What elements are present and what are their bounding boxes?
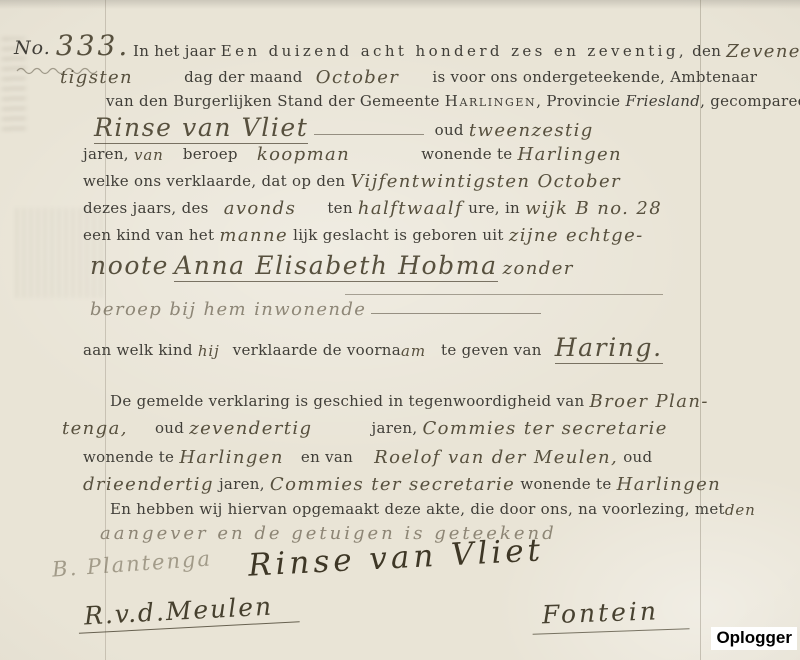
handwritten-text: beroep bij hem inwonende bbox=[90, 299, 366, 320]
printed-text: jaren, bbox=[83, 145, 129, 163]
printed-text: van den Burgerlijken Stand der Gemeente bbox=[106, 92, 440, 110]
printed-text: oud bbox=[155, 419, 184, 437]
handwritten-day: Zevenentwin- bbox=[726, 41, 800, 62]
printed-text: ten bbox=[327, 199, 352, 217]
handwritten-text: den bbox=[725, 501, 756, 519]
handwritten-witness1-name: Broer Plan- bbox=[590, 391, 709, 412]
signature-witness1: B. Plantenga bbox=[51, 546, 212, 581]
act-number-label: No. bbox=[14, 37, 51, 59]
handwritten-child-name: Haring. bbox=[555, 333, 663, 364]
printed-text: Een duizend acht honderd zes en zeventig… bbox=[221, 42, 687, 60]
handwritten-month: October bbox=[316, 67, 400, 88]
blank-line-filler bbox=[345, 294, 663, 295]
act-line-2: tigsten dag der maand October is voor on… bbox=[60, 66, 757, 87]
handwritten-mother-name: Anna Elisabeth Hobma bbox=[174, 251, 497, 282]
signature-registrar: Fontein bbox=[531, 595, 689, 634]
birth-certificate-scan: No. 333. In het jaar Een duizend acht ho… bbox=[0, 0, 800, 660]
printed-text: oud bbox=[623, 448, 652, 466]
printed-text: In het jaar bbox=[133, 42, 216, 60]
printed-municipality: Harlingen bbox=[445, 92, 536, 110]
printed-text: verklaarde de voorna bbox=[233, 341, 401, 359]
printed-text: wonende te bbox=[83, 448, 174, 466]
printed-text: , Provincie bbox=[536, 92, 620, 110]
act-line-9: noote Anna Elisabeth Hobma zonder bbox=[90, 250, 574, 279]
act-line-7: dezes jaars, des avonds ten halftwaalf u… bbox=[83, 197, 662, 218]
handwritten-witness1-cont: tenga, bbox=[62, 418, 128, 439]
handwritten-text: zonder bbox=[503, 258, 574, 279]
handwritten-birthdate: Vijfentwintigsten October bbox=[350, 171, 621, 192]
handwritten-declarant-name: Rinse van Vliet bbox=[94, 113, 308, 144]
act-line-8: een kind van het manne lijk geslacht is … bbox=[83, 224, 644, 245]
act-line-1: In het jaar Een duizend acht honderd zes… bbox=[133, 40, 800, 61]
printed-text: te geven van bbox=[441, 341, 542, 359]
handwritten-witness2-name: Roelof van der Meulen, bbox=[374, 447, 618, 468]
act-line-6: welke ons verklaarde, dat op den Vijfent… bbox=[83, 170, 621, 191]
printed-text: wonende te bbox=[421, 145, 512, 163]
handwritten-age: tweenzestig bbox=[469, 120, 594, 141]
act-line-3: van den Burgerlijken Stand der Gemeente … bbox=[106, 92, 800, 110]
handwritten-text: am bbox=[401, 342, 426, 360]
handwritten-daypart: avonds bbox=[224, 198, 297, 219]
printed-text: ure, in bbox=[468, 199, 520, 217]
handwritten-gender: manne bbox=[219, 225, 288, 246]
printed-text: dag der maand bbox=[184, 68, 303, 86]
handwritten-occupation: koopman bbox=[257, 144, 350, 165]
handwritten-witness1-occupation: Commies ter secretarie bbox=[423, 418, 668, 439]
handwritten-text: van bbox=[134, 146, 164, 164]
printed-text: lijk geslacht is geboren uit bbox=[293, 226, 504, 244]
act-line-11: aan welk kind hij verklaarde de voornaam… bbox=[83, 332, 663, 361]
handwritten-hour: halftwaalf bbox=[358, 198, 463, 219]
handwritten-day-cont: tigsten bbox=[60, 67, 133, 88]
handwritten-text: zijne echtge- bbox=[509, 225, 644, 246]
printed-province: Friesland bbox=[625, 92, 700, 110]
printed-text: En hebben wij hiervan opgemaakt deze akt… bbox=[110, 500, 725, 518]
handwritten-residence: Harlingen bbox=[179, 447, 284, 468]
act-line-5: jaren, van beroep koopman wonende te Har… bbox=[83, 143, 622, 164]
printed-text: aan welk kind bbox=[83, 341, 193, 359]
printed-text: De gemelde verklaring is geschied in teg… bbox=[110, 392, 584, 410]
blank-line-filler bbox=[371, 301, 541, 314]
handwritten-text: hij bbox=[198, 342, 220, 360]
handwritten-witness1-age: zevendertig bbox=[189, 418, 312, 439]
printed-text: dezes jaars, des bbox=[83, 199, 209, 217]
handwritten-residence: Harlingen bbox=[617, 474, 722, 495]
printed-text: , gecompareerd, bbox=[700, 92, 800, 110]
act-line-14: wonende te Harlingen en van Roelof van d… bbox=[83, 446, 652, 467]
act-line-16: En hebben wij hiervan opgemaakt deze akt… bbox=[110, 500, 756, 518]
printed-text: jaren, bbox=[219, 475, 265, 493]
printed-text: welke ons verklaarde, dat op den bbox=[83, 172, 345, 190]
handwritten-text: noote bbox=[90, 251, 169, 280]
handwritten-address: wijk B no. 28 bbox=[525, 198, 662, 219]
printed-text: is voor ons ondergeteekende, Ambtenaar bbox=[432, 68, 757, 86]
printed-text: wonende te bbox=[520, 475, 611, 493]
handwritten-witness2-occupation: Commies ter secretarie bbox=[270, 474, 515, 495]
act-line-10: beroep bij hem inwonende bbox=[90, 298, 541, 319]
act-line-13: tenga, oud zevendertig jaren, Commies te… bbox=[62, 417, 668, 438]
watermark-oplogger: Oplogger bbox=[711, 627, 797, 650]
signature-witness2: R.v.d.Meulen bbox=[77, 590, 300, 634]
act-line-4: Rinse van Vliet oud tweenzestig bbox=[94, 112, 594, 141]
printed-text: oud bbox=[435, 121, 464, 139]
printed-text: en van bbox=[301, 448, 353, 466]
printed-text: den bbox=[692, 42, 721, 60]
handwritten-witness2-age: drieendertig bbox=[83, 474, 214, 495]
act-line-12: De gemelde verklaring is geschied in teg… bbox=[110, 390, 709, 411]
printed-text: jaren, bbox=[372, 419, 418, 437]
handwritten-residence: Harlingen bbox=[518, 144, 623, 165]
act-line-15: drieendertig jaren, Commies ter secretar… bbox=[83, 473, 721, 494]
act-number: No. 333. bbox=[14, 28, 130, 61]
printed-text: een kind van het bbox=[83, 226, 214, 244]
printed-text: beroep bbox=[183, 145, 238, 163]
blank-line-filler bbox=[314, 122, 424, 135]
act-number-value: 333. bbox=[56, 29, 130, 62]
